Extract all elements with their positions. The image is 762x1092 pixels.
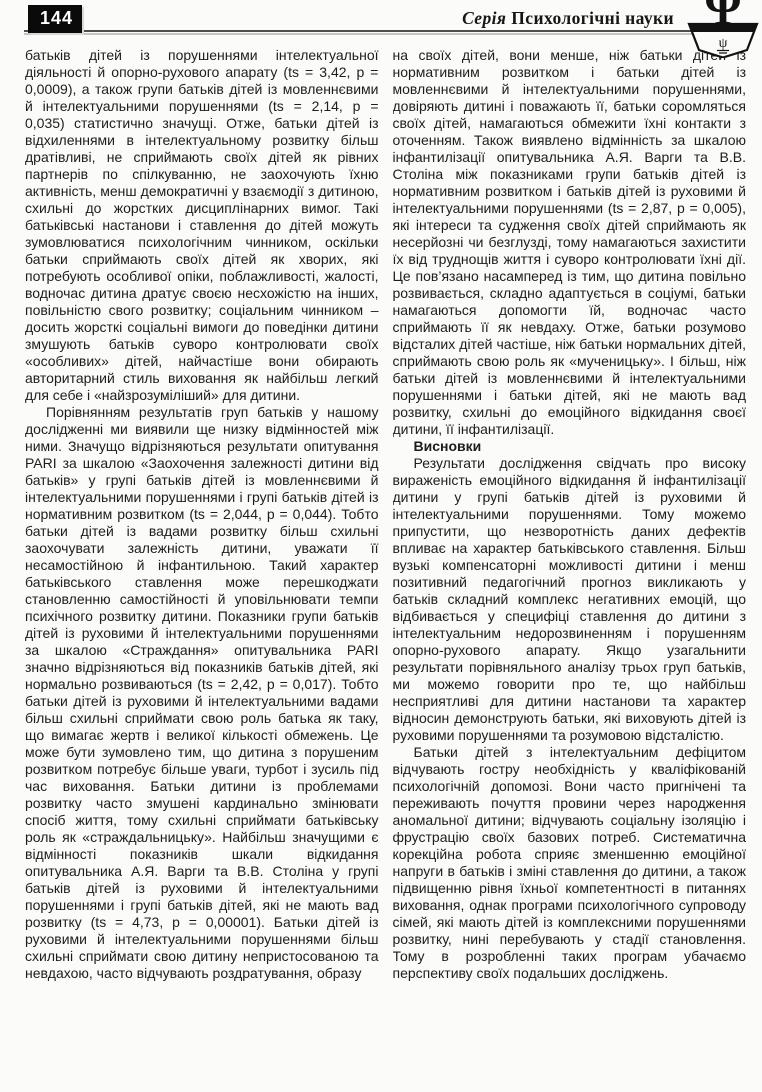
journal-series-title: СеріяПсихологічні науки bbox=[462, 8, 674, 29]
paragraph: Порівнянням результатів груп батьків у н… bbox=[25, 404, 379, 982]
paragraph: Результати дослідження свідчать про висо… bbox=[393, 455, 747, 744]
conclusions-heading: Висновки bbox=[393, 438, 747, 455]
psi-glyph-small: ψ bbox=[719, 36, 728, 51]
series-label: Серія bbox=[462, 8, 506, 28]
header-rule bbox=[24, 30, 748, 35]
series-name: Психологічні науки bbox=[511, 8, 674, 28]
paragraph: Батьки дітей з інтелектуальним дефіцитом… bbox=[393, 744, 747, 982]
page-number-badge: 144 bbox=[28, 5, 82, 33]
crest-band-shape bbox=[689, 24, 757, 32]
article-body: батьків дітей із порушеннями інтелектуал… bbox=[25, 47, 746, 1092]
left-column: батьків дітей із порушеннями інтелектуал… bbox=[25, 47, 379, 1092]
paragraph: батьків дітей із порушеннями інтелектуал… bbox=[25, 47, 379, 404]
psi-crest-icon: Ψ ψ bbox=[684, 0, 762, 58]
right-column: на своїх дітей, вони менше, ніж батьки д… bbox=[393, 47, 747, 1092]
paragraph: на своїх дітей, вони менше, ніж батьки д… bbox=[393, 47, 747, 438]
